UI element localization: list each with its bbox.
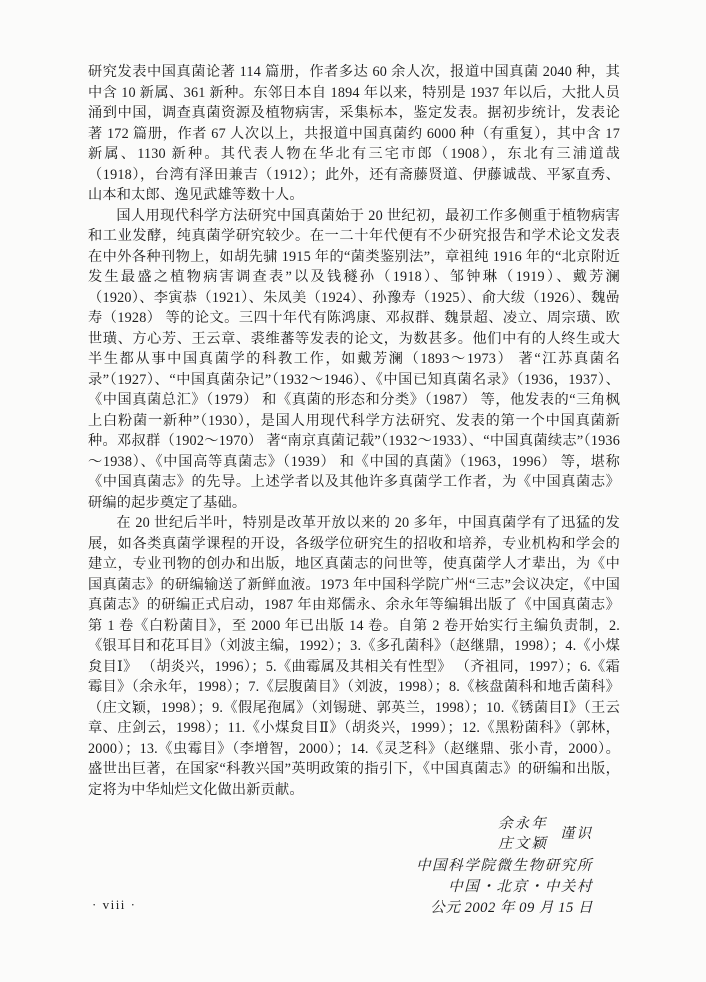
signature-date: 公元 2002 年 09 月 15 日 bbox=[88, 898, 593, 919]
signature-block: 余永年 庄文颖 谨识 中国科学院微生物研究所 中国・北京・中关村 公元 2002… bbox=[88, 815, 620, 919]
page-number: · viii · bbox=[92, 897, 137, 913]
signature-salutation: 谨识 bbox=[560, 824, 593, 845]
preface-body: 研究发表中国真菌论著 114 篇册，作者多达 60 余人次，报道中国真菌 204… bbox=[88, 62, 620, 919]
paragraph-2: 国人用现代科学方法研究中国真菌始于 20 世纪初，最初工作多侧重于植物病害和工业… bbox=[88, 206, 620, 514]
signer-name-1: 余永年 bbox=[498, 815, 548, 835]
signer-names: 余永年 庄文颖 bbox=[498, 815, 548, 854]
signers-row: 余永年 庄文颖 谨识 bbox=[88, 815, 593, 854]
book-page: 研究发表中国真菌论著 114 篇册，作者多达 60 余人次，报道中国真菌 204… bbox=[0, 0, 706, 982]
paragraph-3: 在 20 世纪后半叶，特别是改革开放以来的 20 多年，中国真菌学有了迅猛的发展… bbox=[88, 513, 620, 800]
signature-institution: 中国科学院微生物研究所 bbox=[88, 856, 593, 877]
paragraph-1: 研究发表中国真菌论著 114 篇册，作者多达 60 余人次，报道中国真菌 204… bbox=[88, 62, 620, 206]
signature-location: 中国・北京・中关村 bbox=[88, 877, 593, 898]
signer-name-2: 庄文颖 bbox=[498, 835, 548, 855]
